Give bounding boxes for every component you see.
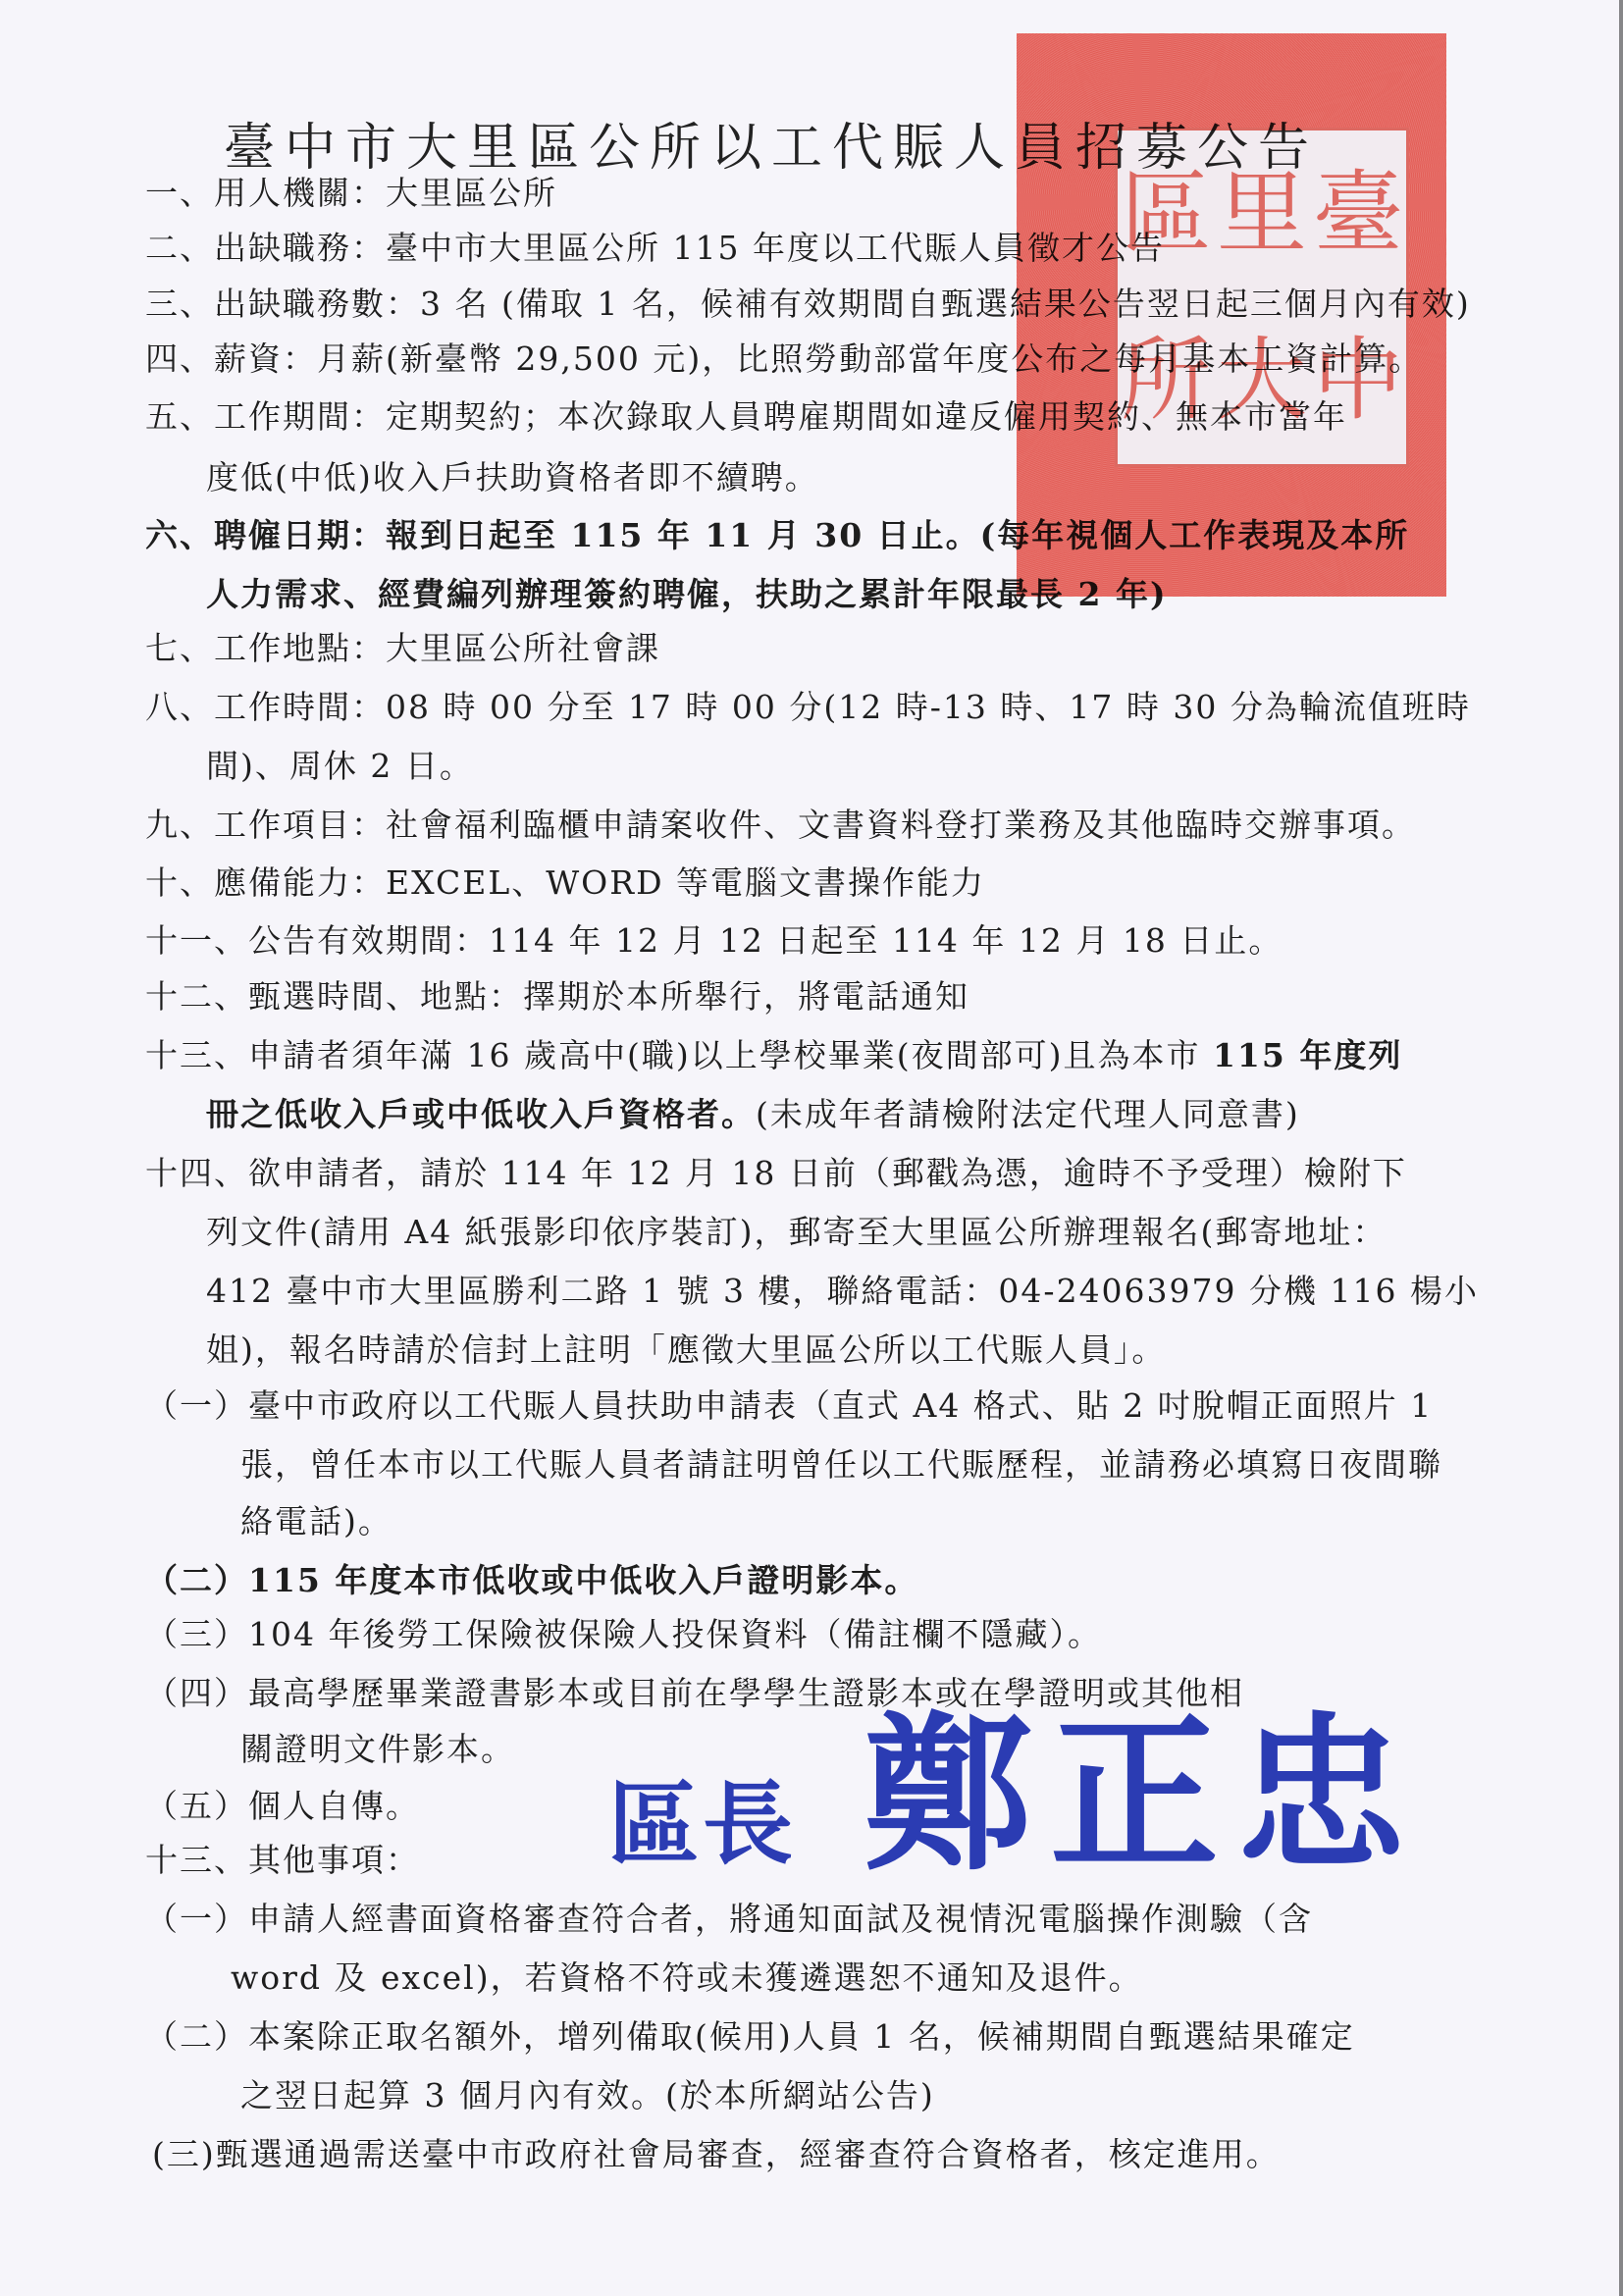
document-line: 二、出缺職務：臺中市大里區公所 115 年度以工代賑人員徵才公告 <box>145 229 1165 268</box>
document-line: 關證明文件影本。 <box>240 1730 515 1769</box>
document-line: 十三、其他事項： <box>145 1841 420 1880</box>
document-line: （一）申請人經書面資格審查符合者，將通知面試及視情況電腦操作測驗（含 <box>145 1900 1313 1939</box>
signature-name: 鄭正忠 <box>864 1711 1423 1880</box>
seal-glyph: 中 <box>1310 336 1406 426</box>
seal-glyph: 區 <box>1118 169 1214 259</box>
document-line: (三)甄選通過需送臺中市政府社會局審查，經審查符合資格者，核定進用。 <box>152 2135 1281 2174</box>
seal-inner-frame: 區 里 臺 所 大 中 <box>1115 128 1409 467</box>
seal-glyphs: 區 里 臺 所 大 中 <box>1118 130 1406 464</box>
document-line: 十一、公告有效期間：114 年 12 月 12 日起至 114 年 12 月 1… <box>145 921 1283 961</box>
document-line: （三）104 年後勞工保險被保險人投保資料（備註欄不隱藏）。 <box>145 1615 1102 1654</box>
document-line: word 及 excel)，若資格不符或未獲遴選恕不通知及退件。 <box>231 1958 1143 1998</box>
document-line: 絡電話)。 <box>240 1502 393 1541</box>
emphasized-text: 115 年度列 <box>1213 1036 1402 1074</box>
seal-glyph: 所 <box>1118 336 1214 426</box>
document-line: 八、工作時間：08 時 00 分至 17 時 00 分(12 時-13 時、17… <box>145 688 1471 727</box>
seal-glyph: 里 <box>1214 169 1310 259</box>
document-line: 度低(中低)收入戶扶助資格者即不續聘。 <box>206 458 819 497</box>
official-seal-stamp: 區 里 臺 所 大 中 <box>1017 33 1446 597</box>
document-line: （二）115 年度本市低收或中低收入戶證明影本。 <box>145 1561 918 1600</box>
document-line: 一、用人機關：大里區公所 <box>145 174 557 213</box>
document-line: （一）臺中市政府以工代賑人員扶助申請表（直式 A4 格式、貼 2 吋脫帽正面照片… <box>145 1386 1433 1426</box>
document-line: 十二、甄選時間、地點：擇期於本所舉行，將電話通知 <box>145 977 969 1017</box>
document-line: 七、工作地點：大里區公所社會課 <box>145 629 660 668</box>
document-line: （二）本案除正取名額外，增列備取(候用)人員 1 名，候補期間自甄選結果確定 <box>145 2017 1355 2057</box>
document-line: 之翌日起算 3 個月內有效。(於本所網站公告) <box>240 2076 935 2115</box>
document-line: （五）個人自傳。 <box>145 1787 420 1826</box>
document-line: 十三、申請者須年滿 16 歲高中(職)以上學校畢業(夜間部可)且為本市 115 … <box>145 1036 1402 1075</box>
document-line: 412 臺中市大里區勝利二路 1 號 3 樓，聯絡電話：04-24063979 … <box>206 1272 1479 1311</box>
document-line: 冊之低收入戶或中低收入戶資格者。(未成年者請檢附法定代理人同意書) <box>206 1095 1300 1134</box>
document-page: 臺中市大里區公所以工代賑人員招募公告 一、用人機關：大里區公所二、出缺職務：臺中… <box>0 0 1623 2296</box>
document-line: 十、應備能力：EXCEL、WORD 等電腦文書操作能力 <box>145 863 985 903</box>
document-line: 十四、欲申請者，請於 114 年 12 月 18 日前（郵戳為憑，逾時不予受理）… <box>145 1154 1407 1193</box>
document-line: 列文件(請用 A4 紙張影印依序裝訂)，郵寄至大里區公所辦理報名(郵寄地址： <box>206 1213 1387 1252</box>
document-line: 間)、周休 2 日。 <box>206 747 474 786</box>
document-line: 九、工作項目：社會福利臨櫃申請案收件、文書資料登打業務及其他臨時交辦事項。 <box>145 806 1416 845</box>
document-line: 姐)，報名時請於信封上註明「應徵大里區公所以工代賑人員」。 <box>206 1331 1166 1370</box>
scan-edge <box>1619 0 1623 2296</box>
seal-glyph: 大 <box>1214 336 1310 426</box>
emphasized-text: 冊之低收入戶或中低收入戶資格者。 <box>206 1095 756 1133</box>
document-line: 張，曾任本市以工代賑人員者請註明曾任以工代賑歷程，並請務必填寫日夜間聯 <box>240 1445 1442 1485</box>
seal-glyph: 臺 <box>1310 169 1406 259</box>
signature-title: 區長 <box>608 1752 797 1882</box>
